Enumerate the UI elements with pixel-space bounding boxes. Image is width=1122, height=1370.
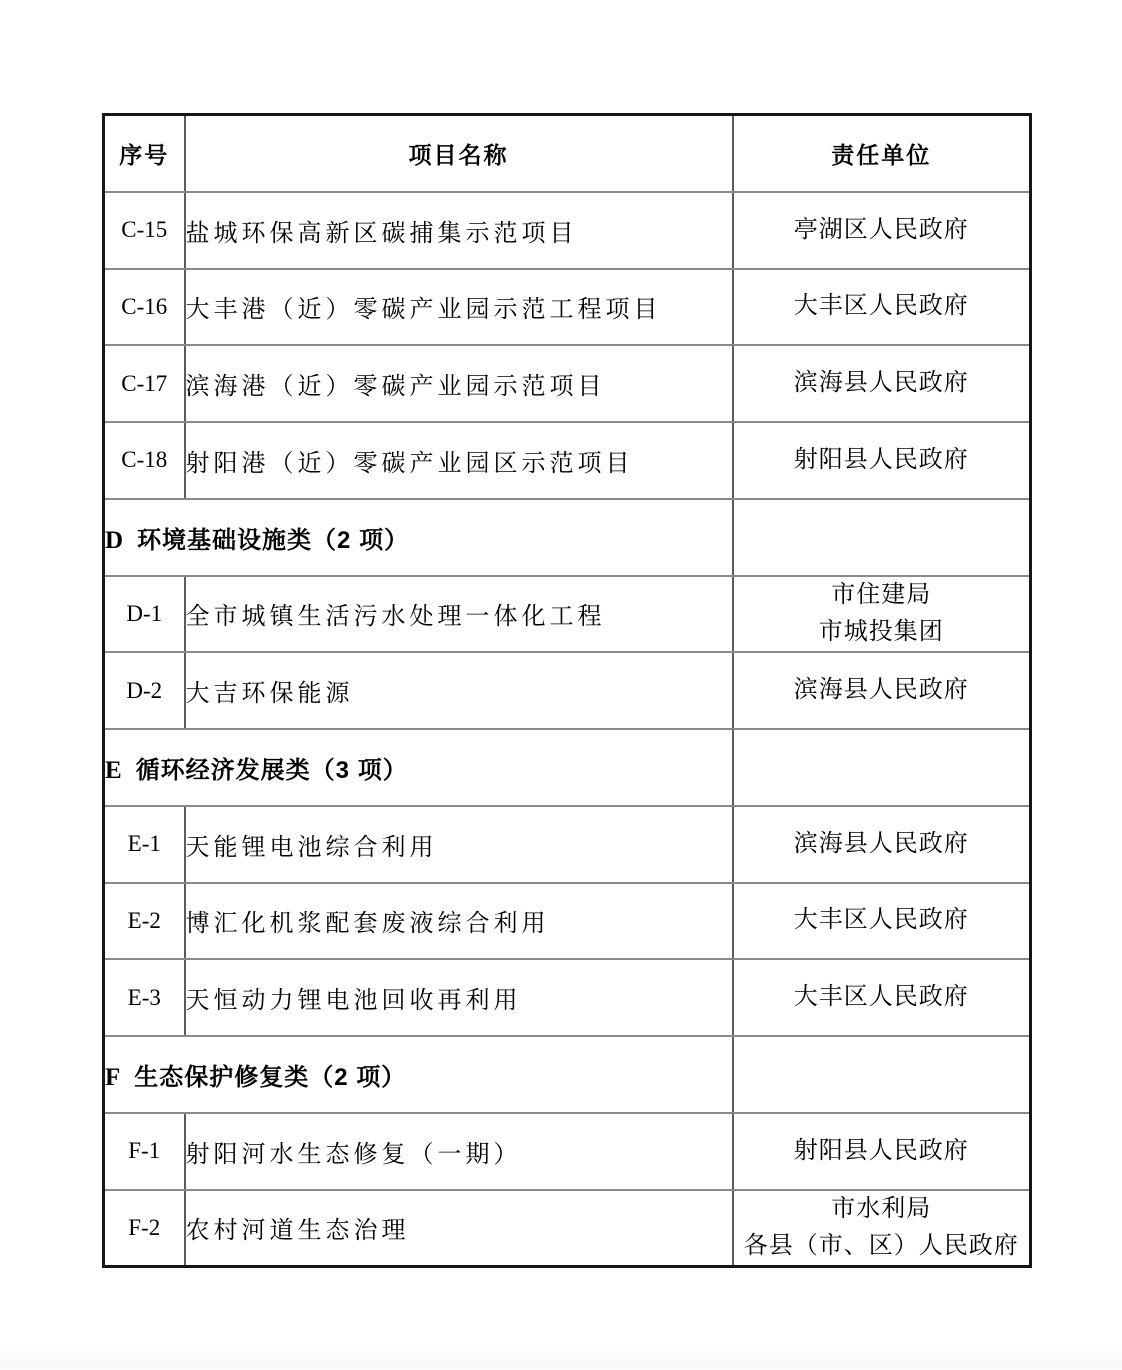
project-name: 盐城环保高新区碳捕集示范项目: [185, 192, 733, 269]
table-row: C-17滨海港（近）零碳产业园示范项目滨海县人民政府: [104, 345, 1031, 422]
section-title-cell: E循环经济发展类（3 项）: [104, 729, 733, 806]
col-header-serial: 序号: [104, 115, 185, 192]
responsible-unit: 大丰区人民政府: [733, 883, 1031, 960]
section-title: 生态保护修复类（2 项）: [134, 1064, 406, 1091]
project-name: 大丰港（近）零碳产业园示范工程项目: [185, 269, 733, 346]
table-body: C-15盐城环保高新区碳捕集示范项目亭湖区人民政府C-16大丰港（近）零碳产业园…: [104, 192, 1031, 1267]
unit-line: 市城投集团: [734, 614, 1030, 651]
section-title: 循环经济发展类（3 项）: [136, 757, 408, 784]
row-serial: D-2: [104, 652, 185, 729]
row-serial: C-18: [104, 422, 185, 499]
section-title: 环境基础设施类（2 项）: [137, 527, 409, 554]
unit-line: 亭湖区人民政府: [734, 212, 1030, 249]
responsible-unit: 市住建局市城投集团: [733, 576, 1031, 653]
row-serial: E-2: [104, 883, 185, 960]
table-row: C-15盐城环保高新区碳捕集示范项目亭湖区人民政府: [104, 192, 1031, 269]
unit-line: 各县（市、区）人民政府: [734, 1228, 1030, 1265]
project-name: 射阳港（近）零碳产业园区示范项目: [185, 422, 733, 499]
section-title-cell: D环境基础设施类（2 项）: [104, 499, 733, 576]
section-empty-cell: [733, 729, 1031, 806]
project-name: 博汇化机浆配套废液综合利用: [185, 883, 733, 960]
unit-line: 射阳县人民政府: [734, 1133, 1030, 1170]
project-name: 天恒动力锂电池回收再利用: [185, 959, 733, 1036]
section-letter: F: [105, 1064, 120, 1091]
project-name: 射阳河水生态修复（一期）: [185, 1113, 733, 1190]
row-serial: C-16: [104, 269, 185, 346]
responsible-unit: 滨海县人民政府: [733, 806, 1031, 883]
responsible-unit: 射阳县人民政府: [733, 422, 1031, 499]
responsible-unit: 滨海县人民政府: [733, 652, 1031, 729]
row-serial: E-1: [104, 806, 185, 883]
row-serial: C-17: [104, 345, 185, 422]
section-row: D环境基础设施类（2 项）: [104, 499, 1031, 576]
unit-line: 射阳县人民政府: [734, 442, 1030, 479]
responsible-unit: 市水利局各县（市、区）人民政府: [733, 1190, 1031, 1267]
project-table: 序号 项目名称 责任单位 C-15盐城环保高新区碳捕集示范项目亭湖区人民政府C-…: [102, 113, 1032, 1268]
page-bottom-edge: [0, 1348, 1122, 1370]
table-row: C-16大丰港（近）零碳产业园示范工程项目大丰区人民政府: [104, 269, 1031, 346]
project-name: 农村河道生态治理: [185, 1190, 733, 1267]
section-title-cell: F生态保护修复类（2 项）: [104, 1036, 733, 1113]
unit-line: 滨海县人民政府: [734, 672, 1030, 709]
row-serial: F-1: [104, 1113, 185, 1190]
section-row: E循环经济发展类（3 项）: [104, 729, 1031, 806]
section-row: F生态保护修复类（2 项）: [104, 1036, 1031, 1113]
responsible-unit: 亭湖区人民政府: [733, 192, 1031, 269]
table-row: D-1全市城镇生活污水处理一体化工程市住建局市城投集团: [104, 576, 1031, 653]
table-row: E-2博汇化机浆配套废液综合利用大丰区人民政府: [104, 883, 1031, 960]
table-row: D-2大吉环保能源滨海县人民政府: [104, 652, 1031, 729]
responsible-unit: 射阳县人民政府: [733, 1113, 1031, 1190]
project-name: 滨海港（近）零碳产业园示范项目: [185, 345, 733, 422]
table-row: E-1天能锂电池综合利用滨海县人民政府: [104, 806, 1031, 883]
section-letter: D: [105, 527, 123, 554]
project-name: 天能锂电池综合利用: [185, 806, 733, 883]
row-serial: E-3: [104, 959, 185, 1036]
document-page: 序号 项目名称 责任单位 C-15盐城环保高新区碳捕集示范项目亭湖区人民政府C-…: [0, 0, 1122, 1370]
row-serial: F-2: [104, 1190, 185, 1267]
responsible-unit: 滨海县人民政府: [733, 345, 1031, 422]
unit-line: 大丰区人民政府: [734, 288, 1030, 325]
header-row: 序号 项目名称 责任单位: [104, 115, 1031, 192]
row-serial: C-15: [104, 192, 185, 269]
table-row: F-2农村河道生态治理市水利局各县（市、区）人民政府: [104, 1190, 1031, 1267]
section-empty-cell: [733, 1036, 1031, 1113]
unit-line: 滨海县人民政府: [734, 826, 1030, 863]
section-empty-cell: [733, 499, 1031, 576]
section-letter: E: [105, 757, 122, 784]
col-header-responsible-unit: 责任单位: [733, 115, 1031, 192]
table-row: E-3天恒动力锂电池回收再利用大丰区人民政府: [104, 959, 1031, 1036]
unit-line: 大丰区人民政府: [734, 979, 1030, 1016]
table-row: C-18射阳港（近）零碳产业园区示范项目射阳县人民政府: [104, 422, 1031, 499]
unit-line: 市住建局: [734, 577, 1030, 614]
unit-line: 大丰区人民政府: [734, 902, 1030, 939]
responsible-unit: 大丰区人民政府: [733, 959, 1031, 1036]
project-name: 大吉环保能源: [185, 652, 733, 729]
project-name: 全市城镇生活污水处理一体化工程: [185, 576, 733, 653]
table-row: F-1射阳河水生态修复（一期）射阳县人民政府: [104, 1113, 1031, 1190]
unit-line: 市水利局: [734, 1191, 1030, 1228]
col-header-project-name: 项目名称: [185, 115, 733, 192]
responsible-unit: 大丰区人民政府: [733, 269, 1031, 346]
unit-line: 滨海县人民政府: [734, 365, 1030, 402]
row-serial: D-1: [104, 576, 185, 653]
